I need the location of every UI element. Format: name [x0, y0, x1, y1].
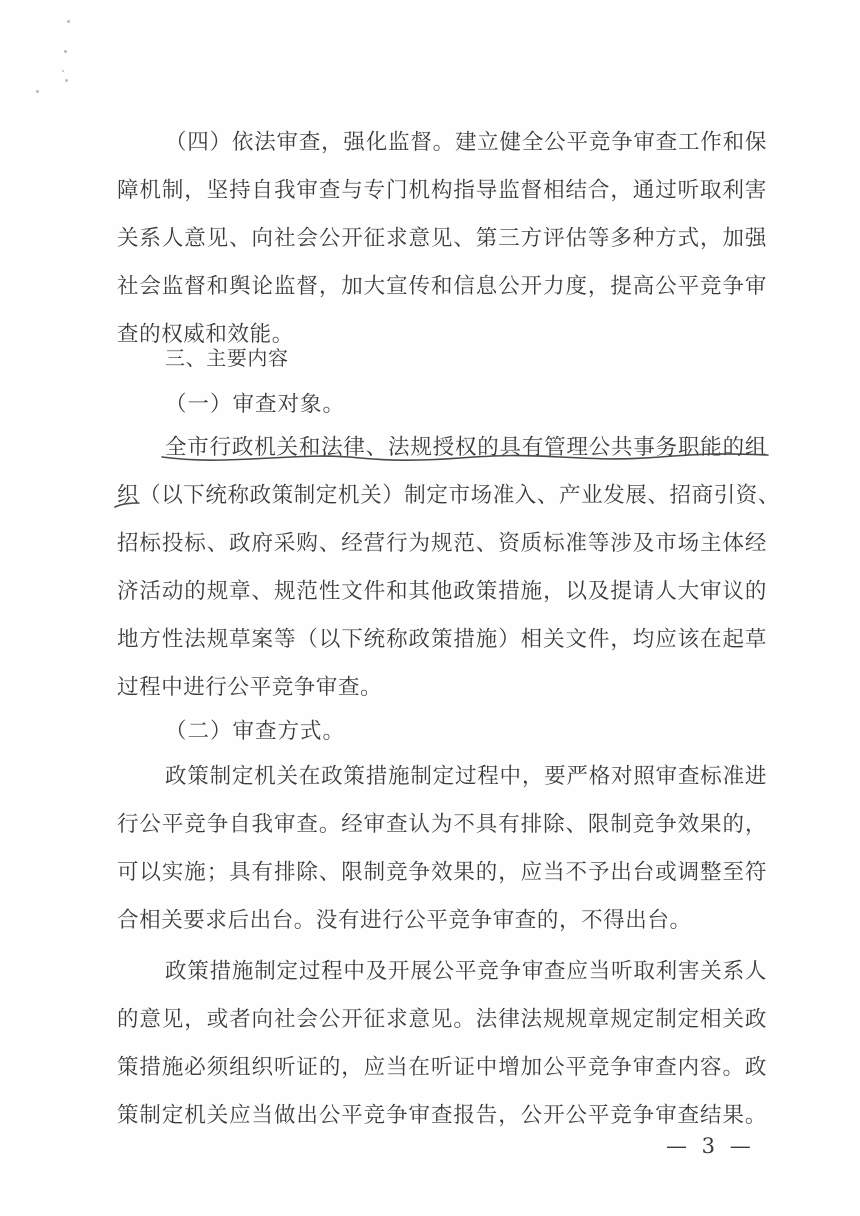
- paragraph-line: 关系人意见、向社会公开征求意见、第三方评估等多种方式，加强: [117, 224, 767, 254]
- handwritten-wavy-underline: [160, 449, 772, 465]
- scan-speck: [36, 90, 39, 93]
- paragraph-line: 可以实施；具有排除、限制竞争效果的，应当不予出台或调整至符: [117, 858, 767, 888]
- paragraph-line: 策制定机关应当做出公平竞争审查报告，公开公平竞争审查结果。: [117, 1101, 767, 1131]
- paragraph-line: 策措施必须组织听证的，应当在听证中增加公平竞争审查内容。政: [117, 1053, 767, 1083]
- paragraph-line: 济活动的规章、规范性文件和其他政策措施，以及提请人大审议的: [117, 577, 767, 607]
- section-heading: 三、主要内容: [165, 343, 767, 373]
- subsection-heading: （二）审查方式。: [165, 717, 767, 747]
- subsection-heading: （一）审查对象。: [165, 390, 767, 420]
- handwritten-tick-mark: [113, 500, 143, 510]
- scan-speck: [62, 70, 64, 72]
- scan-speck: [64, 50, 67, 53]
- scan-speck: [65, 79, 68, 82]
- paragraph-line: 社会监督和舆论监督，加大宣传和信息公开力度，提高公平竞争审: [117, 272, 767, 302]
- scan-speck: [67, 20, 70, 23]
- paragraph-line: 行公平竞争自我审查。经审查认为不具有排除、限制竞争效果的，: [117, 810, 767, 840]
- paragraph-line: 障机制，坚持自我审查与专门机构指导监督相结合，通过听取利害: [117, 176, 767, 206]
- paragraph-line: 政策制定机关在政策措施制定过程中，要严格对照审查标准进: [165, 762, 767, 792]
- paragraph-line: 招标投标、政府采购、经营行为规范、资质标准等涉及市场主体经: [117, 529, 767, 559]
- paragraph-line: 政策措施制定过程中及开展公平竞争审查应当听取利害关系人: [165, 957, 767, 987]
- paragraph-line: （四）依法审查，强化监督。建立健全公平竞争审查工作和保: [165, 128, 767, 158]
- paragraph-line: 的意见，或者向社会公开征求意见。法律法规规章规定制定相关政: [117, 1005, 767, 1035]
- page-number: — 3 —: [666, 1134, 755, 1158]
- document-page: （四）依法审查，强化监督。建立健全公平竞争审查工作和保 障机制，坚持自我审查与专…: [0, 0, 860, 1216]
- paragraph-line: 过程中进行公平竞争审查。: [117, 673, 767, 703]
- paragraph-line: 织（以下统称政策制定机关）制定市场准入、产业发展、招商引资、: [117, 481, 767, 511]
- paragraph-line: 地方性法规草案等（以下统称政策措施）相关文件，均应该在起草: [117, 625, 767, 655]
- paragraph-line: 合相关要求后出台。没有进行公平竞争审查的，不得出台。: [117, 906, 767, 936]
